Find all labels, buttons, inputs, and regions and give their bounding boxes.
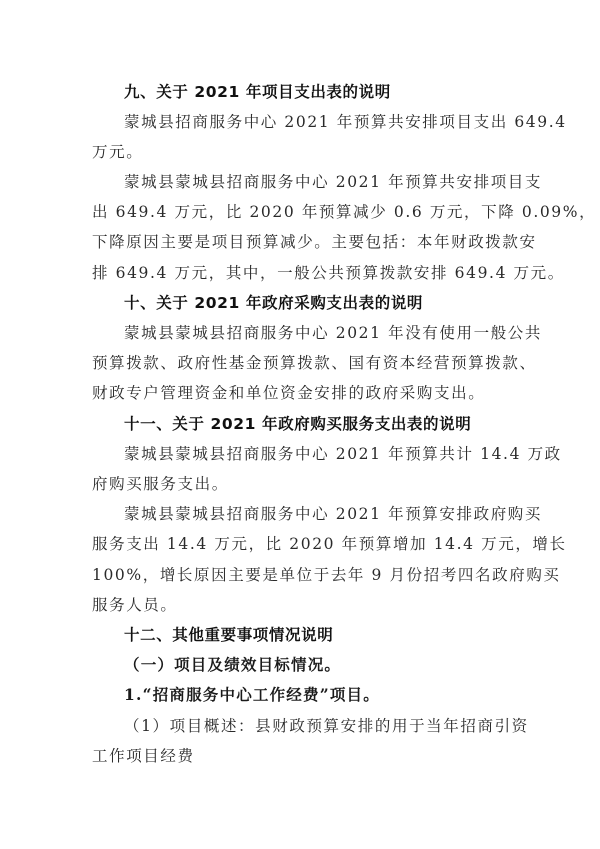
paragraph-line: 蒙城县蒙城县招商服务中心 2021 年没有使用一般公共 [124,321,512,345]
document-page: 九、关于 2021 年项目支出表的说明 蒙城县招商服务中心 2021 年预算共安… [0,0,600,849]
paragraph-line: 下降原因主要是项目预算减少。主要包括：本年财政拨款安 [92,230,512,254]
section-heading-9: 九、关于 2021 年项目支出表的说明 [124,80,512,104]
subsection-heading: （一）项目及绩效目标情况。 [124,653,512,677]
paragraph-line: 出 649.4 万元，比 2020 年预算减少 0.6 万元，下降 0.09%， [92,200,512,224]
section-heading-10: 十、关于 2021 年政府采购支出表的说明 [124,291,512,315]
paragraph-line: 预算拨款、政府性基金预算拨款、国有资本经营预算拨款、 [92,351,512,375]
paragraph-line: 蒙城县蒙城县招商服务中心 2021 年预算共安排项目支 [124,170,512,194]
paragraph-line: 万元。 [92,140,512,164]
section-heading-12: 十二、其他重要事项情况说明 [124,623,512,647]
paragraph-line: 财政专户管理资金和单位资金安排的政府采购支出。 [92,381,512,405]
section-heading-11: 十一、关于 2021 年政府购买服务支出表的说明 [124,412,512,436]
paragraph-line: 服务支出 14.4 万元，比 2020 年预算增加 14.4 万元，增长 [92,532,512,556]
paragraph-line: 工作项目经费 [92,744,512,768]
paragraph-line: 100%，增长原因主要是单位于去年 9 月份招考四名政府购买 [92,563,512,587]
paragraph-line: 蒙城县蒙城县招商服务中心 2021 年预算共计 14.4 万政 [124,442,512,466]
paragraph-line: 府购买服务支出。 [92,472,512,496]
paragraph-line: 服务人员。 [92,593,512,617]
paragraph-line: 蒙城县招商服务中心 2021 年预算共安排项目支出 649.4 [124,110,512,134]
paragraph-line: 蒙城县蒙城县招商服务中心 2021 年预算安排政府购买 [124,502,512,526]
paragraph-line: 排 649.4 万元，其中，一般公共预算拨款安排 649.4 万元。 [92,261,512,285]
item-title: 1.“招商服务中心工作经费”项目。 [124,683,512,707]
paragraph-line: （1）项目概述：县财政预算安排的用于当年招商引资 [124,714,512,738]
